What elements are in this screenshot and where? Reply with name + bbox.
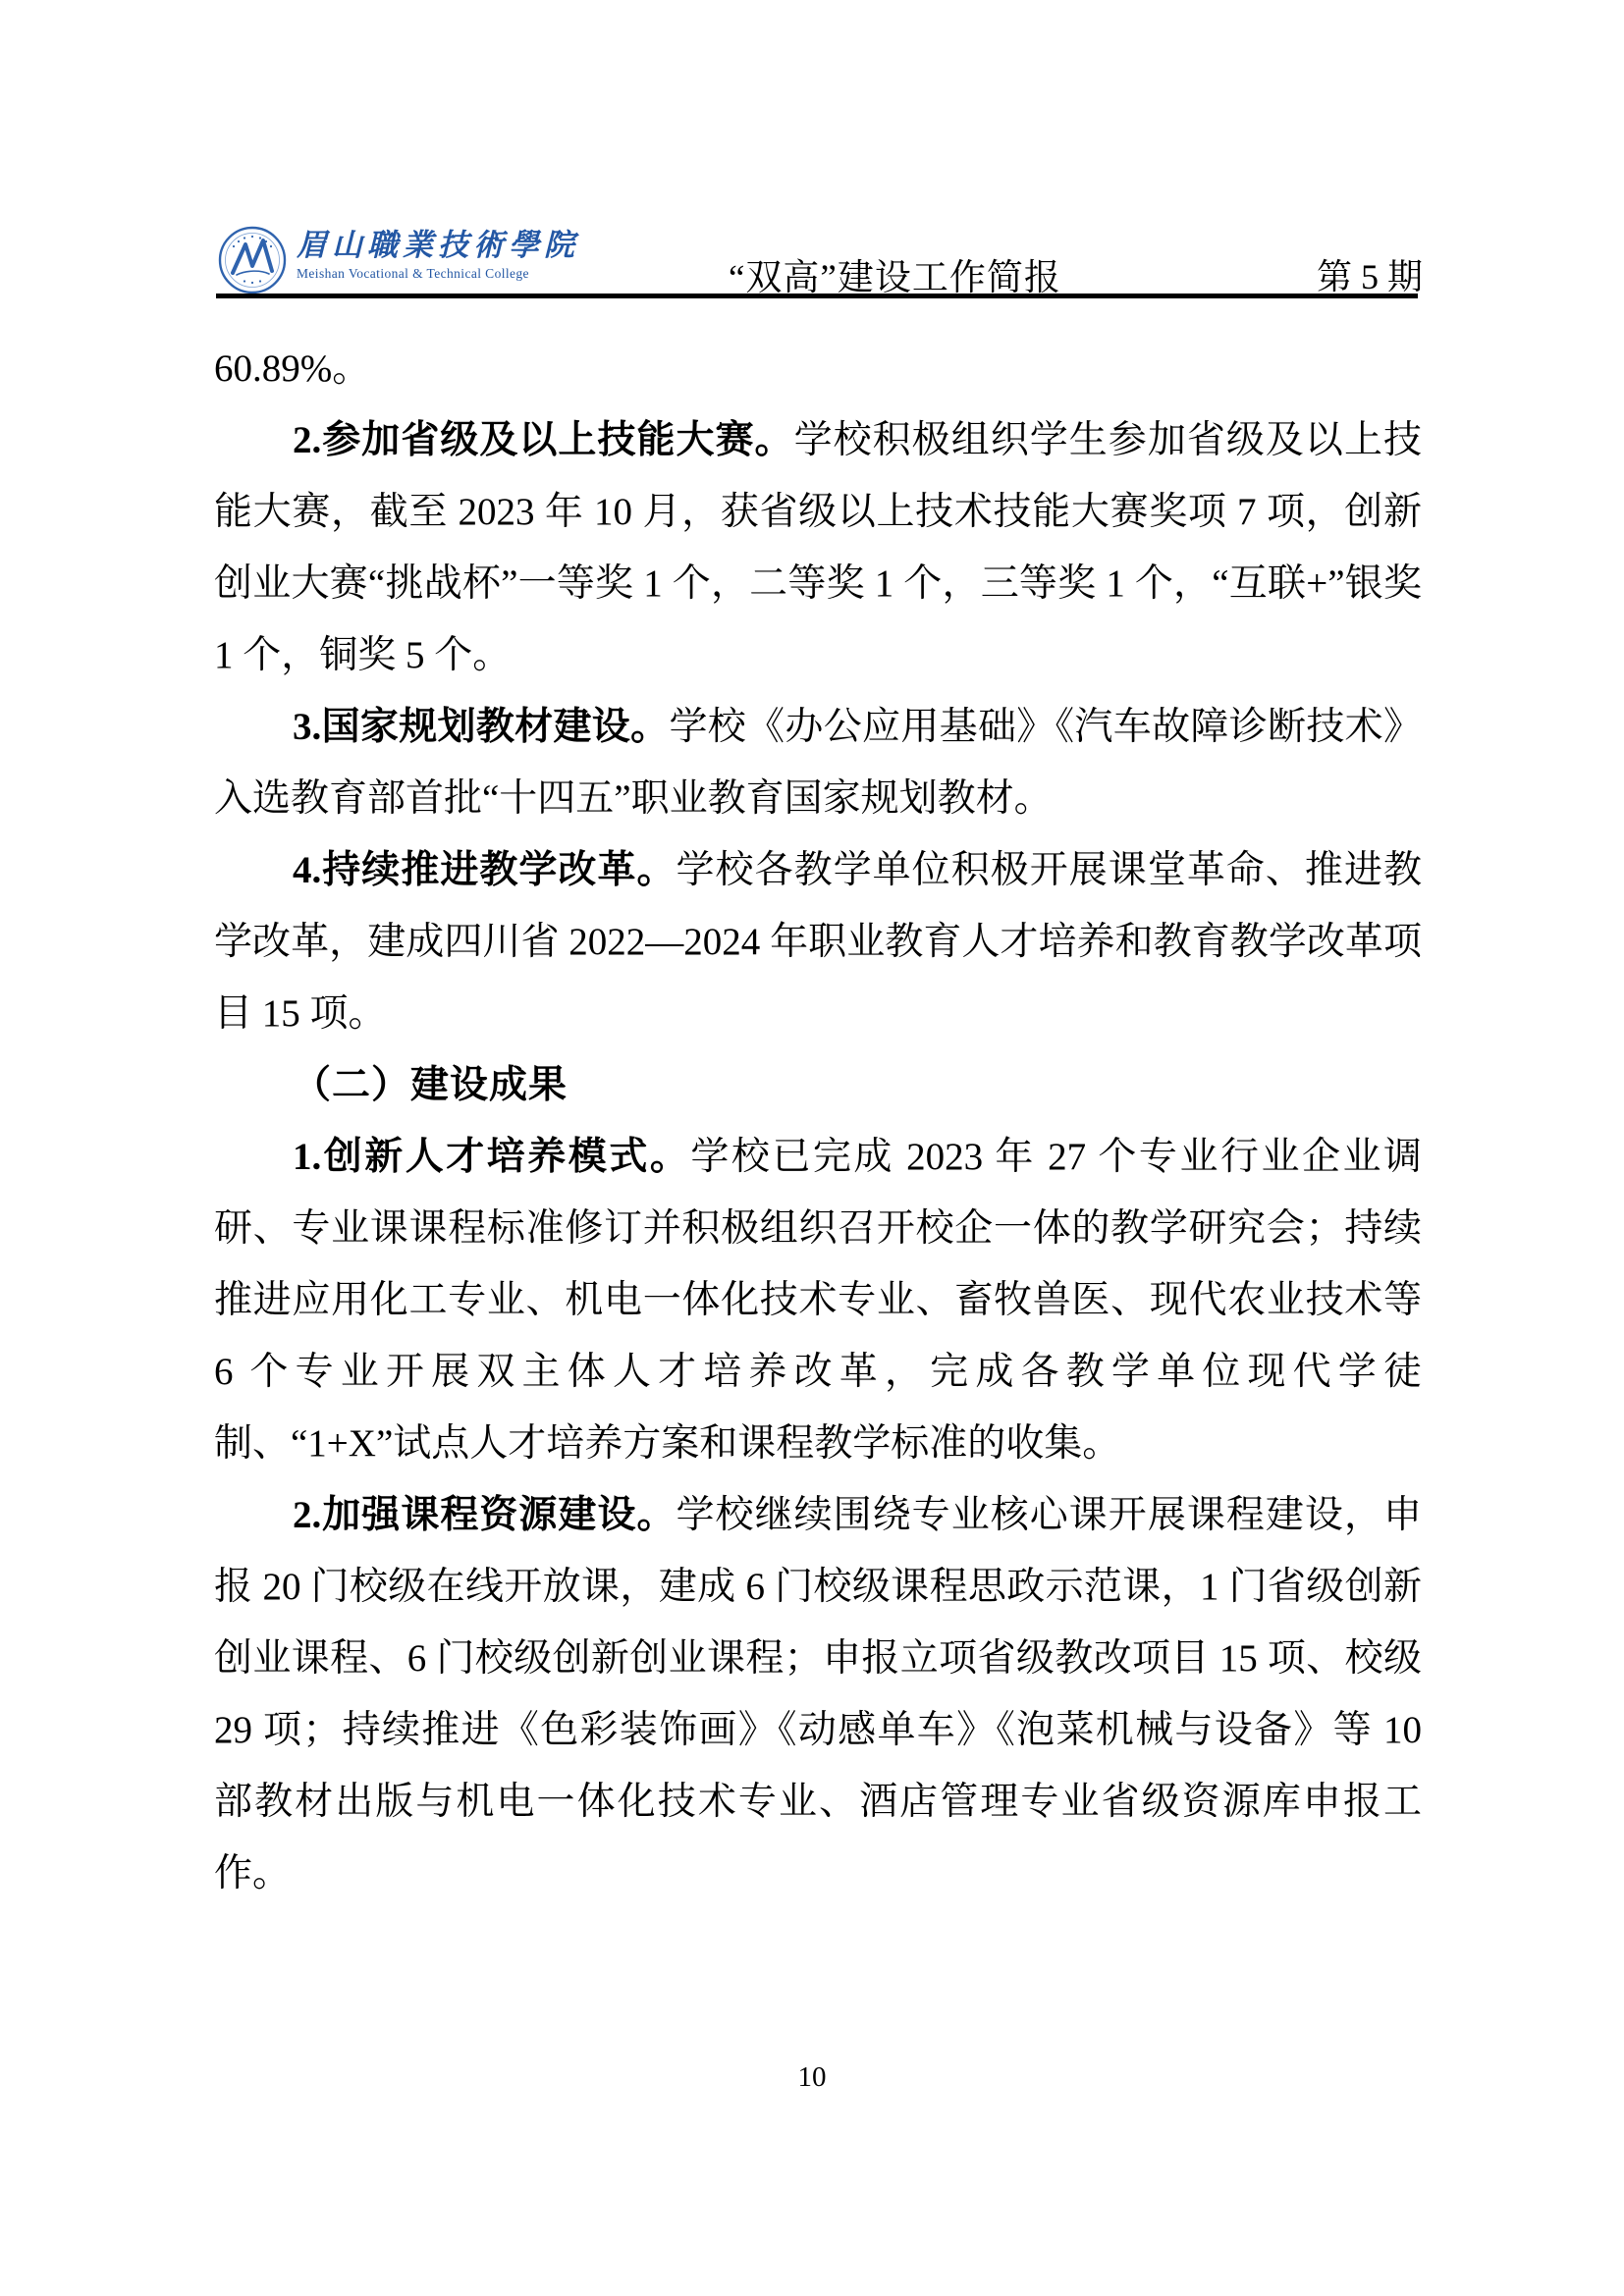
issue-number: 第 5 期	[1317, 249, 1423, 299]
college-logo: 眉山職業技術學院 Meishan Vocational & Technical …	[218, 226, 579, 294]
paragraph-lead: 2.参加省级及以上技能大赛。	[293, 419, 794, 461]
document-body: 60.89%。 2.参加省级及以上技能大赛。学校积极组织学生参加省级及以上技能大…	[214, 333, 1422, 1909]
paragraph: 2.加强课程资源建设。学校继续围绕专业核心课开展课程建设，申报 20 门校级在线…	[214, 1479, 1422, 1909]
paragraph-text: 60.89%。	[214, 347, 370, 390]
section-heading: （二）建设成果	[214, 1049, 1422, 1121]
paragraph-lead: 4.持续推进教学改革。	[293, 849, 677, 891]
paragraph: 2.参加省级及以上技能大赛。学校积极组织学生参加省级及以上技能大赛，截至 202…	[214, 404, 1422, 691]
paragraph-text: 学校已完成 2023 年 27 个专业行业企业调研、专业课课程标准修订并积极组织…	[214, 1136, 1422, 1465]
paragraph: 4.持续推进教学改革。学校各教学单位积极开展课堂革命、推进教学改革，建成四川省 …	[214, 834, 1422, 1049]
paragraph: 1.创新人才培养模式。学校已完成 2023 年 27 个专业行业企业调研、专业课…	[214, 1121, 1422, 1479]
document-page: 眉山職業技術學院 Meishan Vocational & Technical …	[0, 0, 1624, 2296]
paragraph-lead: 2.加强课程资源建设。	[293, 1494, 677, 1536]
college-name-cn: 眉山職業技術學院	[297, 229, 579, 262]
paragraph: 3.国家规划教材建设。学校《办公应用基础》《汽车故障诊断技术》入选教育部首批“十…	[214, 691, 1422, 834]
paragraph-continuation: 60.89%。	[214, 333, 1422, 404]
college-name-en: Meishan Vocational & Technical College	[297, 266, 579, 282]
bulletin-title: “双高”建设工作简报	[729, 247, 1061, 300]
paragraph-lead: 1.创新人才培养模式。	[293, 1136, 690, 1178]
page-number: 10	[0, 2061, 1624, 2094]
paragraph-text: 学校继续围绕专业核心课开展课程建设，申报 20 门校级在线开放课，建成 6 门校…	[214, 1494, 1422, 1895]
paragraph-lead: 3.国家规划教材建设。	[293, 706, 669, 748]
college-seal-icon	[218, 226, 287, 294]
header-divider	[216, 294, 1418, 298]
